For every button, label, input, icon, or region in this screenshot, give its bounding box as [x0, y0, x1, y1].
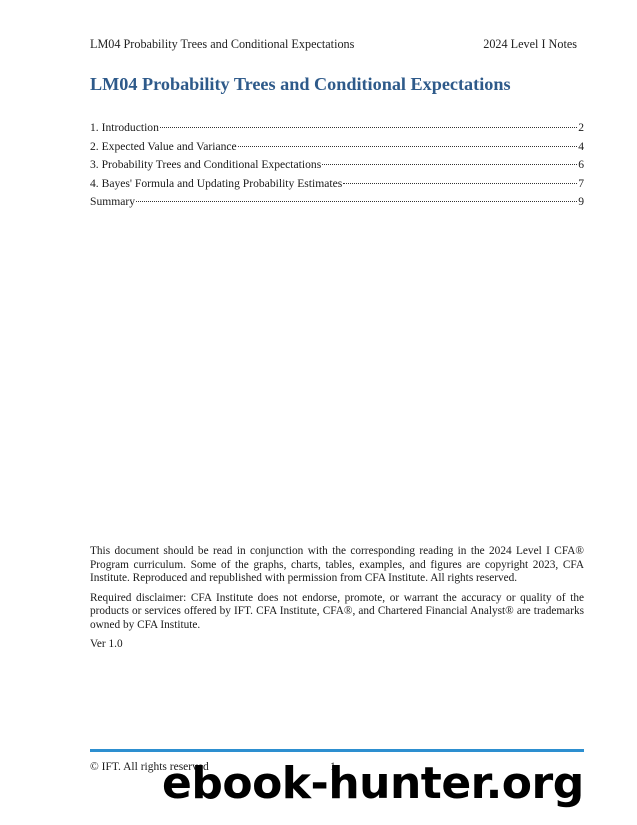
toc-entry-page: 7 — [578, 177, 584, 190]
toc-entry-label: Summary — [90, 195, 135, 208]
required-disclaimer: Required disclaimer: CFA Institute does … — [90, 592, 584, 633]
document-title: LM04 Probability Trees and Conditional E… — [90, 74, 511, 95]
toc-entry-label: 3. Probability Trees and Conditional Exp… — [90, 158, 321, 171]
toc-entry-page: 2 — [578, 121, 584, 134]
toc-entry-label: 1. Introduction — [90, 121, 159, 134]
toc-entry-summary[interactable]: Summary 9 — [90, 195, 584, 214]
toc-entry-label: 2. Expected Value and Variance — [90, 140, 237, 153]
toc-dot-leader — [160, 127, 577, 128]
toc-dot-leader — [238, 146, 578, 147]
curriculum-notice: This document should be read in conjunct… — [90, 545, 584, 586]
table-of-contents: 1. Introduction 2 2. Expected Value and … — [90, 121, 584, 214]
copyright-notice: This document should be read in conjunct… — [90, 545, 584, 658]
toc-dot-leader — [343, 183, 577, 184]
version-label: Ver 1.0 — [90, 638, 584, 652]
toc-dot-leader — [322, 164, 577, 165]
document-page: LM04 Probability Trees and Conditional E… — [0, 0, 637, 825]
watermark-text: ebook-hunter.org — [162, 762, 584, 806]
toc-entry-page: 4 — [578, 140, 584, 153]
toc-entry-probability-trees[interactable]: 3. Probability Trees and Conditional Exp… — [90, 158, 584, 177]
running-header: LM04 Probability Trees and Conditional E… — [90, 37, 577, 52]
header-module-title: LM04 Probability Trees and Conditional E… — [90, 37, 354, 52]
toc-entry-page: 9 — [578, 195, 584, 208]
toc-entry-expected-value[interactable]: 2. Expected Value and Variance 4 — [90, 140, 584, 159]
footer-divider — [90, 749, 584, 752]
header-level-notes: 2024 Level I Notes — [483, 37, 577, 52]
toc-entry-bayes-formula[interactable]: 4. Bayes' Formula and Updating Probabili… — [90, 177, 584, 196]
toc-entry-page: 6 — [578, 158, 584, 171]
toc-dot-leader — [136, 201, 577, 202]
toc-entry-introduction[interactable]: 1. Introduction 2 — [90, 121, 584, 140]
toc-entry-label: 4. Bayes' Formula and Updating Probabili… — [90, 177, 342, 190]
